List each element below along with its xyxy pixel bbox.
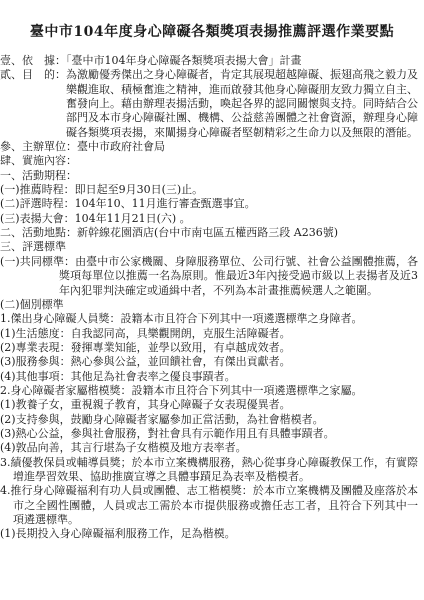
document-title: 臺中市104年度身心障礙各類獎項表揚推薦評選作業要點 (10, 23, 414, 41)
criteria-heading: 三、評選標準 (0, 240, 418, 254)
award-4-criterion-long-term-service: (1)長期投入身心障礙福利服務工作，足為楷模。 (0, 527, 418, 541)
document-page: 臺中市104年度身心障礙各類獎項表揚推薦評選作業要點 壹、依 據：「臺中市104… (0, 0, 424, 600)
section-purpose: 貳、目 的：為激勵優秀傑出之身心障礙者，肯定其展現超越障礙、振翅高飛之毅力及樂觀… (0, 68, 418, 140)
award-4-welfare-promoter-title: 4.推行身心障礙福利有功人員或團體、志工楷模獎：於本市立案機構及團體及座落於本市… (0, 484, 418, 527)
award-2-criterion-parenting: (1)教養子女，重視親子教育，其身心障礙子女表現優異者。 (0, 398, 418, 412)
criteria-common-standard: (一)共同標準：由臺中市公家機關、身障服務單位、公司行號、社會公益團體推薦，各獎… (0, 255, 418, 298)
award-1-criterion-professional: (2)專業表現：發揮專業知能，並學以致用，有卓越成效者。 (0, 341, 418, 355)
award-1-criterion-other: (4)其他事項：其他足為社會表率之優良事蹟者。 (0, 370, 418, 384)
award-1-criterion-service: (3)服務參與：熱心參與公益，並回饋社會，有傑出貢獻者。 (0, 355, 418, 369)
award-2-criterion-support: (2)支持參與，鼓勵身心障礙者家屬參加正當活動，為社會楷模者。 (0, 413, 418, 427)
schedule-item-nomination-period: (一)推薦時程：即日起至9月30日(三)止。 (0, 183, 418, 197)
criteria-individual-heading: (二)個別標準 (0, 298, 418, 312)
award-2-criterion-conduct: (4)敦品向善，其言行堪為子女楷模及地方表率者。 (0, 441, 418, 455)
section-venue: 二、活動地點：新幹線花園酒店(台中市南屯區五權西路三段 A236號) (0, 226, 418, 240)
award-2-family-model-title: 2.身心障礙者家屬楷模獎：設籍本市且符合下列其中一項遴選標準之家屬。 (0, 384, 418, 398)
award-2-criterion-public-welfare: (3)熱心公益，參與社會服務，對社會具有示範作用且有具體事蹟者。 (0, 427, 418, 441)
section-organizer: 參、主辦單位：臺中市政府社會局 (0, 140, 418, 154)
schedule-item-ceremony-date: (三)表揚大會：104年11月21日(六) 。 (0, 212, 418, 226)
award-1-criterion-life-attitude: (1)生活態度：自我認同高，具樂觀開朗，克服生活障礙者。 (0, 327, 418, 341)
section-basis: 壹、依 據：「臺中市104年身心障礙各類獎項表揚大會」計畫 (0, 54, 418, 68)
award-1-outstanding-person-title: 1.傑出身心障礙人員獎：設籍本市且符合下列其中一項遴選標準之身障者。 (0, 312, 418, 326)
section-implementation-heading: 肆、實施內容： (0, 154, 418, 168)
schedule-item-review-period: (二)評選時程：104年10、11月進行審查甄選事宜。 (0, 197, 418, 211)
schedule-heading: 一、活動期程： (0, 169, 418, 183)
award-3-caregiver-title: 3.績優教保員或輔導員獎；於本市立案機構服務，熱心從事身心障礙教保工作，有實際增… (0, 456, 418, 485)
